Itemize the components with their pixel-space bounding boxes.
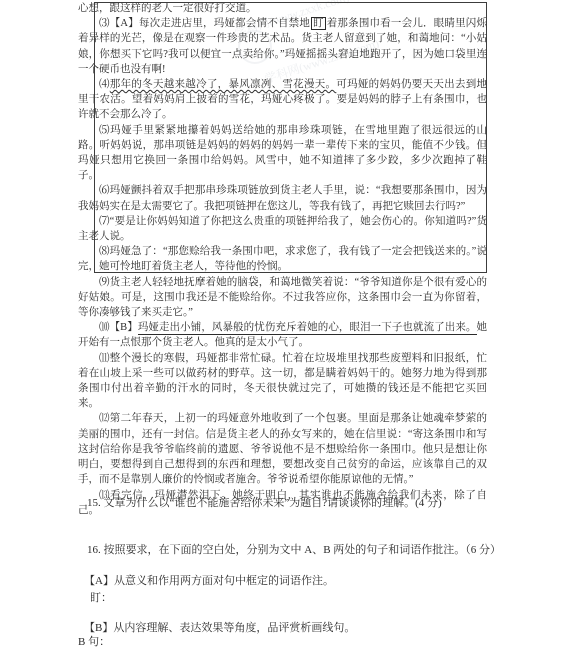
passage-text: ⑸玛娅手里紧紧地攥着妈妈送给她的那串珍珠项链，在雪地里跑了很远很远的山路。听妈妈… xyxy=(78,125,487,182)
question-16b-answer-label: B 句： xyxy=(78,634,110,650)
passage-paragraph: ⑽【B】玛娅走出小铺，风暴般的忧伤充斥着她的心，眼泪一下子也就流了出来。她开始有… xyxy=(78,320,487,350)
passage-paragraph: ⑼货主老人轻轻地抚摩着她的脑袋，和蔼地微笑着说：“爷爷知道你是个很有爱心的好姑娘… xyxy=(78,275,487,321)
underlined-sentence: 玛娅走出小铺，风暴般的忧伤充斥着她的心，眼泪一下子也就流了出来。 xyxy=(138,322,477,335)
passage-paragraph: ⑸玛娅手里紧紧地攥着妈妈送给她的那串珍珠项链，在雪地里跑了很远很远的山路。听妈妈… xyxy=(78,123,487,184)
question-16a-instruction: 【A】从意义和作用两方面对句中框定的词语作注。 xyxy=(84,573,334,589)
question-16a-answer-label: 盯： xyxy=(90,590,112,606)
exam-page: 学科网(www.zxxk.com) 学科网(www.zxxk.com) 心想，跟… xyxy=(0,0,569,670)
passage-text: ⑽【B】 xyxy=(99,322,138,333)
reading-passage: 心想，跟这样的老人一定很好打交道。⑶【A】每次走进店里，玛娅都会情不自禁地盯着那… xyxy=(78,1,487,518)
question-16b-instruction: 【B】从内容理解、表达效果等角度，品评赏析画线句。 xyxy=(84,620,355,636)
passage-paragraph: ⑻玛娅急了：“那您赊给我一条围巾吧，求求您了，我有钱了一定会把钱送来的。”说完，… xyxy=(78,244,487,274)
question-15: 15. 文章为什么以“谁也不能施舍给你未来”为题目?请谈谈你的理解。(4 分) xyxy=(87,495,442,511)
passage-text: ⑾整个漫长的寒假，玛娅都非常忙碌。忙着在垃圾堆里找那些废塑料和旧报纸，忙着在山坡… xyxy=(78,353,487,410)
passage-text: 心想，跟这样的老人一定很好打交道。 xyxy=(78,3,257,14)
wavy-underlined-sentence: 那年的冬天越来越冷了，暴风凛冽、雪花漫天。 xyxy=(110,79,337,90)
framed-word: 盯 xyxy=(311,17,326,30)
question-16: 16. 按照要求，在下面的空白处，分别为文中 A、B 两处的句子和词语作批注。（… xyxy=(87,542,501,558)
passage-text: ⑼货主老人轻轻地抚摩着她的脑袋，和蔼地微笑着说：“爷爷知道你是个很有爱心的好姑娘… xyxy=(78,277,487,318)
passage-paragraph: ⑾整个漫长的寒假，玛娅都非常忙碌。忙着在垃圾堆里找那些废塑料和旧报纸，忙着在山坡… xyxy=(78,351,487,412)
passage-text: ⑹玛娅颤抖着双手把那串珍珠项链放到货主老人手里，说：“我想要那条围巾，因为我妈妈… xyxy=(78,185,487,211)
passage-paragraph: ⑺“要是让你妈妈知道了你把这么贵重的项链押给我了，她会伤心的。你知道吗?”货主老… xyxy=(78,214,487,244)
passage-paragraph: 心想，跟这样的老人一定很好打交道。 xyxy=(78,1,487,16)
passage-text: ⑺“要是让你妈妈知道了你把这么贵重的项链押给我了，她会伤心的。你知道吗?”货主老… xyxy=(78,216,487,242)
passage-paragraph: ⑹玛娅颤抖着双手把那串珍珠项链放到货主老人手里，说：“我想要那条围巾，因为我妈妈… xyxy=(78,183,487,213)
passage-paragraph: ⑶【A】每次走进店里，玛娅都会情不自禁地盯着那条围巾看一会儿．眼睛里闪烁着异样的… xyxy=(78,16,487,77)
passage-text: ⑻玛娅急了：“那您赊给我一条围巾吧，求求您了，我有钱了一定会把钱送来的。”说完，… xyxy=(78,246,487,272)
passage-text: ⑷ xyxy=(99,79,110,90)
passage-paragraph: ⑷那年的冬天越来越冷了，暴风凛冽、雪花漫天。可玛娅的妈妈仍要天天出去到地里干农活… xyxy=(78,77,487,123)
passage-text: ⑶【A】每次走进店里，玛娅都会情不自禁地 xyxy=(99,18,310,29)
passage-text: ⑿第二年春天，上初一的玛娅意外地收到了一个包裹。里面是那条让她魂牵梦萦的美丽的围… xyxy=(78,413,487,485)
passage-paragraph: ⑿第二年春天，上初一的玛娅意外地收到了一个包裹。里面是那条让她魂牵梦萦的美丽的围… xyxy=(78,411,487,487)
